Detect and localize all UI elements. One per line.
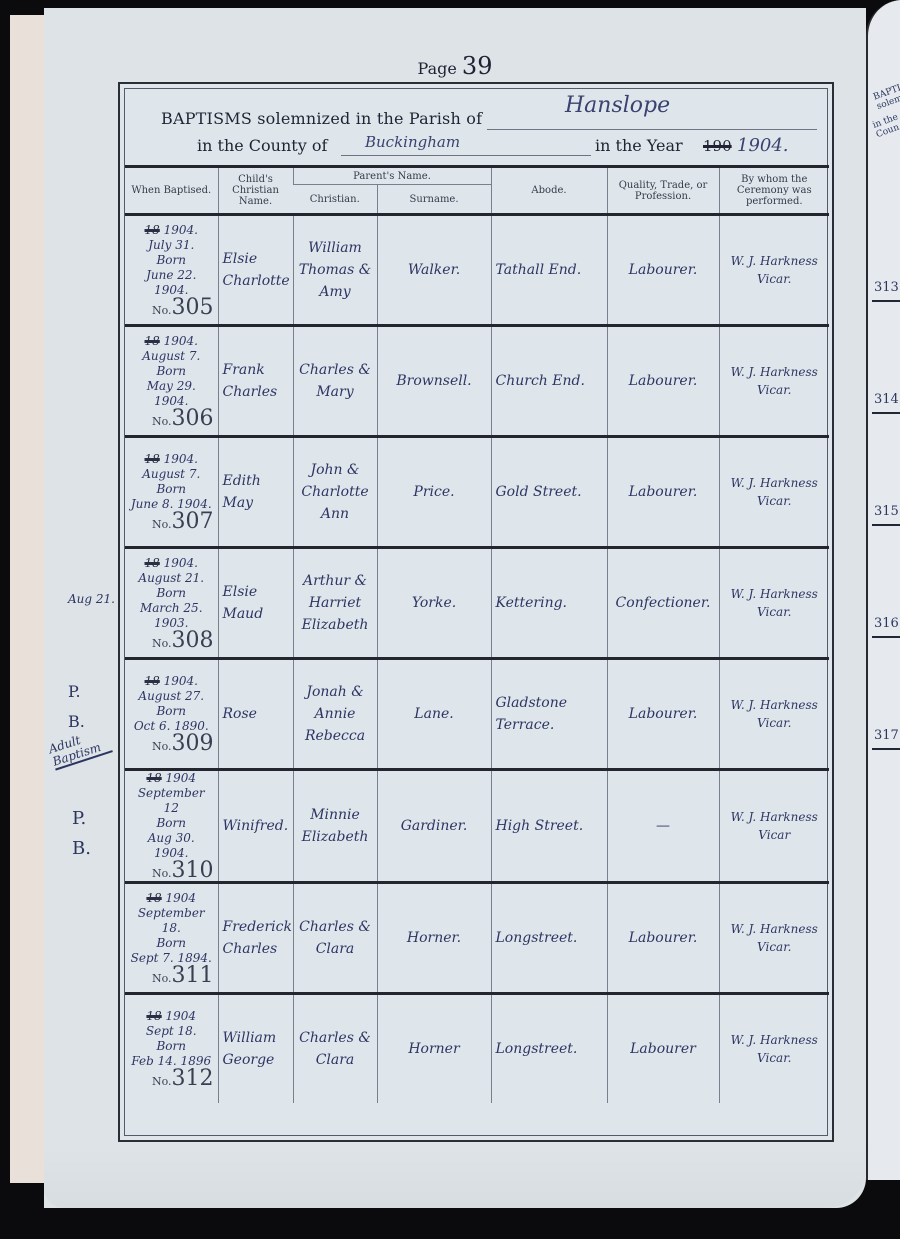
- facing-entry-number: 313: [874, 280, 899, 295]
- born-label: Born: [156, 253, 186, 267]
- entry-number: No.309: [129, 736, 214, 754]
- margin-note: Aug 21.: [68, 592, 115, 606]
- child-name-cell: Rose: [218, 659, 293, 770]
- when-baptised-cell: 18 1904.August 7.BornJune 8. 1904.No.307: [125, 437, 218, 548]
- born-label: Born: [156, 586, 186, 600]
- entry-number: No.312: [129, 1071, 214, 1089]
- entry-number: No.310: [129, 863, 214, 881]
- table-row: 18 1904.August 7.BornJune 8. 1904.No.307…: [125, 437, 829, 548]
- born-label: Born: [156, 482, 186, 496]
- baptism-year: 1904: [166, 1009, 197, 1023]
- birth-date: May 29. 1904.: [147, 379, 196, 408]
- parents-christian-cell: Arthur & Harriet Elizabeth: [293, 548, 377, 659]
- parents-surname-cell: Gardiner.: [377, 770, 491, 883]
- born-label: Born: [156, 364, 186, 378]
- entry-number-value: 306: [172, 406, 214, 431]
- baptism-date: August 7.: [142, 349, 200, 363]
- parents-christian-cell: Charles & Clara: [293, 883, 377, 994]
- child-name-cell: Frederick Charles: [218, 883, 293, 994]
- col-officiant: By whom the Ceremony was performed.: [719, 167, 829, 215]
- facing-row-divider: [872, 300, 900, 302]
- profession-cell: Labourer.: [607, 215, 719, 326]
- facing-row-divider: [872, 524, 900, 526]
- entry-prefix: No.: [152, 740, 172, 753]
- profession-cell: —: [607, 770, 719, 883]
- abode-cell: Gladstone Terrace.: [491, 659, 607, 770]
- birth-date: Aug 30. 1904.: [148, 831, 195, 860]
- baptism-year: 1904.: [164, 452, 198, 466]
- when-baptised-cell: 18 1904.August 21.BornMarch 25. 1903.No.…: [125, 548, 218, 659]
- facing-entry-number: 316: [874, 616, 899, 631]
- entry-prefix: No.: [152, 972, 172, 985]
- when-baptised-cell: 18 1904September 18.BornSept 7. 1894.No.…: [125, 883, 218, 994]
- struck-prefix: 18: [145, 334, 160, 348]
- heading-line-year: in the Year: [595, 136, 683, 155]
- entry-prefix: No.: [152, 518, 172, 531]
- child-name-cell: Frank Charles: [218, 326, 293, 437]
- struck-prefix: 18: [145, 223, 160, 237]
- entry-number-value: 308: [172, 628, 214, 653]
- facing-row-divider: [872, 636, 900, 638]
- entry-number: No.305: [129, 300, 214, 318]
- table-row: 18 1904Sept 18.BornFeb 14. 1896No.312Wil…: [125, 994, 829, 1104]
- abode-cell: Kettering.: [491, 548, 607, 659]
- struck-prefix: 18: [145, 674, 160, 688]
- officiant-cell: W. J. Harkness Vicar.: [719, 215, 829, 326]
- facing-entry-number: 317: [874, 728, 899, 743]
- abode-cell: Longstreet.: [491, 883, 607, 994]
- profession-cell: Labourer.: [607, 437, 719, 548]
- parents-christian-cell: Minnie Elizabeth: [293, 770, 377, 883]
- when-baptised-cell: 18 1904.August 27.BornOct 6. 1890.No.309: [125, 659, 218, 770]
- when-baptised-cell: 18 1904September 12BornAug 30. 1904.No.3…: [125, 770, 218, 883]
- entry-number: No.307: [129, 514, 214, 532]
- parish-value: Hanslope: [565, 93, 670, 118]
- child-name-cell: Edith May: [218, 437, 293, 548]
- parents-christian-cell: William Thomas & Amy: [293, 215, 377, 326]
- col-parents-christian: Christian.: [293, 185, 377, 215]
- heading-line-county: in the County of: [197, 136, 327, 155]
- parents-christian-cell: Charles & Mary: [293, 326, 377, 437]
- baptism-date: August 27.: [138, 689, 204, 703]
- baptism-year: 1904.: [164, 334, 198, 348]
- margin-note: B.: [72, 838, 91, 859]
- col-abode: Abode.: [491, 167, 607, 215]
- facing-row-divider: [872, 412, 900, 414]
- abode-cell: Tathall End.: [491, 215, 607, 326]
- baptism-date: August 21.: [138, 571, 204, 585]
- profession-cell: Labourer: [607, 994, 719, 1104]
- county-fill-line: [341, 155, 591, 156]
- margin-note: P.: [68, 682, 81, 701]
- profession-cell: Labourer.: [607, 659, 719, 770]
- child-name-cell: William George: [218, 994, 293, 1104]
- baptism-year: 1904.: [164, 556, 198, 570]
- parents-christian-cell: Charles & Clara: [293, 994, 377, 1104]
- parents-surname-cell: Lane.: [377, 659, 491, 770]
- when-baptised-cell: 18 1904.July 31.BornJune 22. 1904.No.305: [125, 215, 218, 326]
- entry-number: No.311: [129, 968, 214, 986]
- baptism-table: When Baptised. Child's Christian Name. P…: [125, 165, 829, 1103]
- entries-body: 18 1904.July 31.BornJune 22. 1904.No.305…: [125, 215, 829, 1104]
- page-number-value: 39: [462, 52, 493, 80]
- entry-number-value: 309: [172, 731, 214, 756]
- abode-cell: Church End.: [491, 326, 607, 437]
- entry-prefix: No.: [152, 637, 172, 650]
- table-row: 18 1904.August 27.BornOct 6. 1890.No.309…: [125, 659, 829, 770]
- facing-row-divider: [872, 748, 900, 750]
- margin-note: P.: [72, 808, 86, 829]
- officiant-cell: W. J. Harkness Vicar: [719, 770, 829, 883]
- county-value: Buckingham: [365, 133, 460, 151]
- margin-note: B.: [68, 712, 85, 731]
- parents-christian-cell: John & Charlotte Ann: [293, 437, 377, 548]
- officiant-cell: W. J. Harkness Vicar.: [719, 548, 829, 659]
- child-name-cell: Elsie Charlotte: [218, 215, 293, 326]
- parish-fill-line: [487, 129, 817, 130]
- facing-heading-fragment: BAPTISMS solem: [872, 76, 900, 112]
- abode-cell: Longstreet.: [491, 994, 607, 1104]
- when-baptised-cell: 18 1904.August 7.BornMay 29. 1904.No.306: [125, 326, 218, 437]
- parents-surname-cell: Walker.: [377, 215, 491, 326]
- child-name-cell: Winifred.: [218, 770, 293, 883]
- table-row: 18 1904September 12BornAug 30. 1904.No.3…: [125, 770, 829, 883]
- page-number: Page 39: [44, 52, 866, 80]
- entry-number-value: 311: [172, 963, 214, 988]
- baptism-register: BAPTISMS solemnized in the Parish of Han…: [118, 82, 834, 1142]
- entry-prefix: No.: [152, 1075, 172, 1088]
- child-name-cell: Elsie Maud: [218, 548, 293, 659]
- baptism-year: 1904: [166, 771, 197, 785]
- struck-prefix: 18: [146, 771, 161, 785]
- parents-christian-cell: Jonah & Annie Rebecca: [293, 659, 377, 770]
- birth-date: March 25. 1903.: [140, 601, 203, 630]
- entry-prefix: No.: [152, 415, 172, 428]
- profession-cell: Labourer.: [607, 883, 719, 994]
- entry-prefix: No.: [152, 304, 172, 317]
- officiant-cell: W. J. Harkness Vicar.: [719, 883, 829, 994]
- entry-prefix: No.: [152, 867, 172, 880]
- entry-number: No.308: [129, 633, 214, 651]
- baptism-date: August 7.: [142, 467, 200, 481]
- col-quality: Quality, Trade, or Profession.: [607, 167, 719, 215]
- register-heading: BAPTISMS solemnized in the Parish of Han…: [125, 89, 827, 167]
- year-value: 1904.: [737, 135, 789, 156]
- birth-date: June 22. 1904.: [146, 268, 196, 297]
- entry-number-value: 312: [172, 1066, 214, 1091]
- profession-cell: Labourer.: [607, 326, 719, 437]
- table-row: 18 1904.August 21.BornMarch 25. 1903.No.…: [125, 548, 829, 659]
- entry-number-value: 305: [172, 295, 214, 320]
- heading-line-parish: BAPTISMS solemnized in the Parish of: [161, 109, 482, 128]
- born-label: Born: [156, 704, 186, 718]
- entry-number: No.306: [129, 411, 214, 429]
- born-label: Born: [156, 936, 186, 950]
- col-when-baptised: When Baptised.: [125, 167, 218, 215]
- baptism-date: September 18.: [138, 906, 205, 935]
- facing-heading-fragment: in the Coun: [871, 112, 900, 140]
- table-row: 18 1904.July 31.BornJune 22. 1904.No.305…: [125, 215, 829, 326]
- born-label: Born: [156, 1039, 186, 1053]
- table-row: 18 1904.August 7.BornMay 29. 1904.No.306…: [125, 326, 829, 437]
- register-frame: BAPTISMS solemnized in the Parish of Han…: [124, 88, 828, 1136]
- facing-entry-number: 315: [874, 504, 899, 519]
- when-baptised-cell: 18 1904Sept 18.BornFeb 14. 1896No.312: [125, 994, 218, 1104]
- entry-number-value: 310: [172, 858, 214, 883]
- parents-surname-cell: Price.: [377, 437, 491, 548]
- profession-cell: Confectioner.: [607, 548, 719, 659]
- baptism-year: 1904.: [164, 223, 198, 237]
- parents-surname-cell: Brownsell.: [377, 326, 491, 437]
- born-label: Born: [156, 816, 186, 830]
- officiant-cell: W. J. Harkness Vicar.: [719, 437, 829, 548]
- year-printed-struck: 190: [703, 137, 732, 155]
- struck-prefix: 18: [146, 891, 161, 905]
- facing-entry-number: 314: [874, 392, 899, 407]
- struck-prefix: 18: [146, 1009, 161, 1023]
- struck-prefix: 18: [145, 452, 160, 466]
- baptism-date: September 12: [138, 786, 205, 815]
- baptism-year: 1904.: [164, 674, 198, 688]
- col-parents-surname: Surname.: [377, 185, 491, 215]
- parents-surname-cell: Horner.: [377, 883, 491, 994]
- baptism-year: 1904: [166, 891, 197, 905]
- officiant-cell: W. J. Harkness Vicar.: [719, 659, 829, 770]
- officiant-cell: W. J. Harkness Vicar.: [719, 994, 829, 1104]
- parents-surname-cell: Yorke.: [377, 548, 491, 659]
- officiant-cell: W. J. Harkness Vicar.: [719, 326, 829, 437]
- facing-page-edge: BAPTISMS solem in the Coun 3133143153163…: [866, 0, 900, 1180]
- baptism-date: Sept 18.: [146, 1024, 197, 1038]
- parents-surname-cell: Horner: [377, 994, 491, 1104]
- col-parents-name: Parent's Name.: [293, 167, 491, 185]
- entry-number-value: 307: [172, 509, 214, 534]
- col-childs-name: Child's Christian Name.: [218, 167, 293, 215]
- page-label: Page: [418, 59, 457, 78]
- abode-cell: Gold Street.: [491, 437, 607, 548]
- abode-cell: High Street.: [491, 770, 607, 883]
- struck-prefix: 18: [145, 556, 160, 570]
- baptism-date: July 31.: [148, 238, 194, 252]
- table-row: 18 1904September 18.BornSept 7. 1894.No.…: [125, 883, 829, 994]
